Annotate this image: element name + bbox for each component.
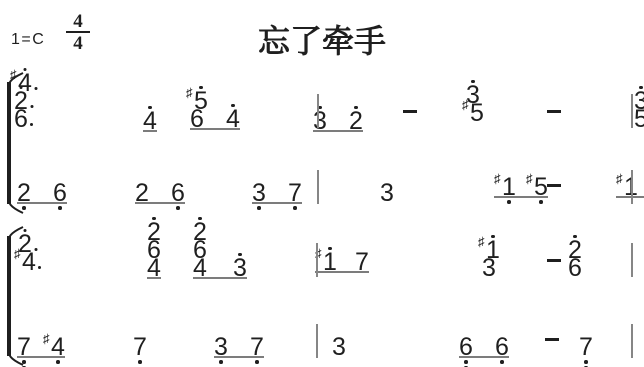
note-digit: 3 [634,91,644,110]
note-digit: 7 [250,337,264,356]
chord-note-above: 2 [568,233,582,277]
note-digit: 2 [18,234,32,253]
note-digit: 6 [53,183,67,202]
note-digit: 7 [355,252,369,271]
octave-dots-below [464,356,468,367]
note: 3 [313,104,327,148]
sheet-music-page: 1=C 4 4 忘了牵手 62♯446♯5432♯53532626373♯1♯5… [0,0,644,367]
note: 7 [355,245,369,289]
note: 7 [17,330,31,367]
octave-dots-below [219,356,223,367]
note-digit: 2 [147,222,161,241]
barline [317,94,319,128]
octave-dot-below [255,360,259,364]
octave-dot-below [22,360,26,364]
note-column: 6 [495,330,509,367]
note: 4 [226,102,240,146]
note: 62 [568,251,582,295]
system1-bass: 2626373♯1♯5♯1♯5♯4 [0,170,644,216]
note-column: 4 [226,102,240,146]
note-digit: 1 [323,252,337,271]
note: 3 [380,176,394,220]
note-column: 4 [18,66,32,110]
octave-dots-below [138,356,142,367]
note-column: 1 [323,245,337,289]
note: ♯1 [315,245,337,289]
barline [316,243,318,277]
note: 6 [495,330,509,367]
octave-dots-below [22,356,26,367]
chord-note-above: 3 [634,84,644,128]
barline [631,243,633,277]
note: 462 [193,251,207,295]
note-digit: 3 [313,111,327,130]
note: ♯1 [616,170,638,214]
note-column: 7 [133,330,147,367]
barline [317,170,319,204]
system2-melody: ♯424624623♯173♯1623 [0,215,644,287]
note-digit: 2 [135,183,149,202]
octave-dots-below [539,196,543,214]
chord-note-above: ♯4 [10,66,39,110]
sharp-icon: ♯ [478,235,486,248]
note-column: 6 [459,330,473,367]
system2-bass: 7♯47373667♯1 [0,324,644,367]
note: 6♯5 [190,102,204,146]
note: 3♯1 [482,251,496,295]
chord-note-above: ♯1 [478,233,500,277]
note-digit: 3 [252,183,266,202]
octave-dots-below [255,356,259,367]
octave-dot-below [56,360,60,364]
augmentation-dot-mark [34,248,37,251]
beam-group: 32 [313,104,363,148]
octave-dots-below [56,356,60,367]
beam-group: 462 [147,251,161,295]
beam-group: 6♯54 [190,102,240,146]
barline [631,324,633,358]
note-column: 3 [466,78,480,122]
note: ♯53 [462,96,484,140]
octave-dot-below [219,360,223,364]
song-title: 忘了牵手 [0,16,644,62]
note: 3 [233,251,247,295]
note-digit: 2 [568,240,582,259]
note-digit: 3 [380,183,394,202]
beam-group: 37 [252,176,302,220]
note-column: 4 [51,330,65,367]
note: 2 [17,176,31,220]
note-column: 3 [214,330,228,367]
note-digit: 1 [502,177,516,196]
note-digit: 4 [51,337,65,356]
octave-dot-below [500,360,504,364]
augmentation-dot-mark [34,87,37,90]
beam-group: 26 [17,176,67,220]
octave-dots-below [500,356,504,367]
sharp-icon: ♯ [43,332,51,345]
note: 6 [53,176,67,220]
note-column: 2 [147,215,161,259]
note-digit: 5 [194,91,208,110]
octave-dots-below [584,356,588,367]
octave-dot-below [138,360,142,364]
note-column: 3 [313,104,327,148]
octave-dot-below [58,206,62,210]
system1-melody: 62♯446♯5432♯5353 [0,66,644,138]
note-column: 1 [502,170,516,214]
sharp-icon: ♯ [10,68,18,81]
note: 3 [252,176,266,220]
note: ♯1 [494,170,516,214]
note: ♯4 [43,330,65,367]
note: 7 [288,176,302,220]
note-column: 2 [193,215,207,259]
note-column: 2 [17,176,31,220]
note-column: 2 [135,176,149,220]
chord-note-above: ♯5 [186,84,208,128]
octave-dots-below [507,196,511,214]
dash-note [547,184,561,187]
note-column: 2 [349,104,363,148]
chord-note-above: 2 [18,227,39,271]
dash-note [547,259,561,262]
note-column: 7 [579,330,593,367]
note-digit: 3 [233,258,247,277]
note-digit: 3 [332,337,346,356]
note-column: 7 [288,176,302,220]
note-digit: 7 [133,337,147,356]
dash-note [545,338,559,341]
note: 6 [459,330,473,367]
chord-note-above: 2 [147,215,161,259]
note-digit: 4 [143,111,157,130]
note-column: 2 [568,233,582,277]
note-column: 4 [143,104,157,148]
octave-dot-below [507,200,511,204]
beam-group: 26 [135,176,185,220]
note: 53 [634,102,644,146]
note-digit: 4 [18,73,32,92]
octave-dot-below [257,206,261,210]
octave-dot-below [464,360,468,364]
note-digit: 2 [193,222,207,241]
note-column: 7 [250,330,264,367]
sharp-icon: ♯ [616,172,624,185]
note-column: 3 [332,330,346,367]
barline [631,170,633,204]
sharp-icon: ♯ [186,86,194,99]
barline [631,94,633,128]
octave-dot-below [293,206,297,210]
beam-group: 37 [214,330,264,367]
note-column: 5 [194,84,208,128]
note-digit: 7 [579,337,593,356]
octave-dot-below [539,200,543,204]
note: ♯5 [526,170,548,214]
note-digit: 1 [486,240,500,259]
note: 2 [349,104,363,148]
note-column: 2 [18,227,32,271]
beam-group: 4623 [193,251,247,295]
note-column: 3 [634,84,644,128]
note: 7 [133,330,147,367]
note-digit: 6 [459,337,473,356]
note-digit: 2 [349,111,363,130]
chord-note-above: 2 [193,215,207,259]
octave-dot-below [176,206,180,210]
note: 7 [579,330,593,367]
note: ♯42 [14,245,43,289]
note-digit: 6 [171,183,185,202]
octave-dot-below [584,360,588,364]
note-column: 7 [355,245,369,289]
note-column: 6 [171,176,185,220]
note: 2 [135,176,149,220]
note-digit: 5 [534,177,548,196]
note-digit: 7 [17,337,31,356]
note-column: 3 [252,176,266,220]
note-column: 3 [380,176,394,220]
barline [316,324,318,358]
note-digit: 3 [214,337,228,356]
note-column: 3 [233,251,247,295]
note-column: 1 [486,233,500,277]
beam-group: ♯17 [315,245,369,289]
dash-note [403,110,417,113]
note-digit: 7 [288,183,302,202]
note: 4 [143,104,157,148]
note-column: 5 [534,170,548,214]
note: 7 [250,330,264,367]
note-column: 7 [17,330,31,367]
octave-dot-below [22,206,26,210]
note-column: 6 [53,176,67,220]
note: 462 [147,251,161,295]
note: 3 [332,330,346,367]
note: 62♯4 [14,102,35,146]
note-digit: 6 [495,337,509,356]
beam-group: 4 [143,104,157,148]
note: 3 [214,330,228,367]
note-digit: 2 [17,183,31,202]
dash-note [547,110,561,113]
chord-note-above: 3 [466,78,480,122]
sharp-icon: ♯ [494,172,502,185]
beam-group: ♯1♯5 [616,170,644,214]
note-digit: 4 [226,109,240,128]
note-digit: 3 [466,85,480,104]
beam-group: ♯1♯5 [494,170,548,214]
note: 6 [171,176,185,220]
beam-group: 7♯4 [17,330,65,367]
sharp-icon: ♯ [526,172,534,185]
beam-group: 66 [459,330,509,367]
